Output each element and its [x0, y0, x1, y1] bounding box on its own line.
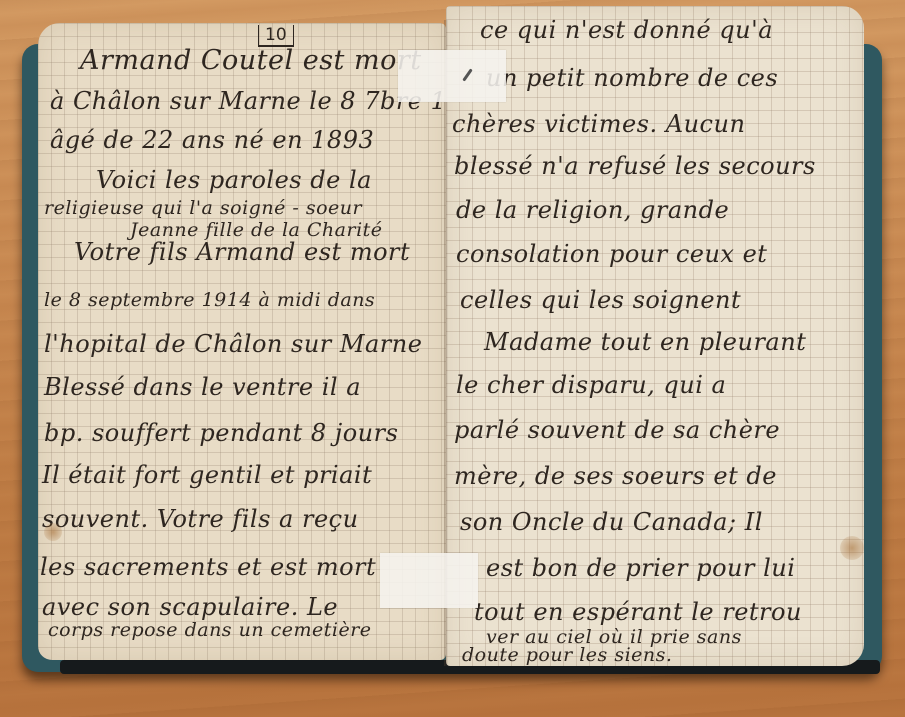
- right-page: ce qui n'est donné qu'à un petit nombre …: [446, 6, 864, 666]
- paper-stain: [44, 523, 62, 541]
- text-line: son Oncle du Canada; Il: [460, 508, 763, 536]
- text-line: corps repose dans un cemetière: [48, 619, 372, 641]
- text-line: parlé souvent de sa chère: [454, 416, 780, 444]
- tape-strip-top: [398, 50, 506, 102]
- text-line: de la religion, grande: [456, 196, 729, 224]
- text-line: Armand Coutel est mort: [80, 45, 422, 76]
- text-line: Il était fort gentil et priait: [42, 461, 372, 489]
- paper-stain: [840, 536, 864, 560]
- text-line: est bon de prier pour lui: [486, 554, 795, 582]
- text-line: bp. souffert pendant 8 jours: [44, 419, 398, 447]
- text-line: blessé n'a refusé les secours: [454, 152, 816, 180]
- text-line: Voici les paroles de la: [96, 166, 372, 194]
- text-line: Madame tout en pleurant: [484, 328, 806, 356]
- text-line: ce qui n'est donné qu'à: [480, 16, 773, 44]
- text-line: religieuse qui l'a soigné - soeur: [44, 197, 362, 219]
- text-line: le 8 septembre 1914 à midi dans: [44, 289, 375, 311]
- text-line: un petit nombre de ces: [486, 64, 778, 92]
- text-line: tout en espérant le retrou: [474, 598, 802, 626]
- text-line: avec son scapulaire. Le: [42, 593, 338, 621]
- text-line: Votre fils Armand est mort: [74, 238, 410, 266]
- text-line: souvent. Votre fils a reçu: [42, 505, 359, 533]
- text-line: mère, de ses soeurs et de: [454, 462, 777, 490]
- tape-strip-bottom: [380, 553, 478, 608]
- text-line: âgé de 22 ans né en 1893: [50, 126, 374, 154]
- text-line: le cher disparu, qui a: [456, 371, 726, 399]
- text-line: l'hopital de Châlon sur Marne: [44, 330, 422, 358]
- text-line: chères victimes. Aucun: [452, 110, 745, 138]
- text-line: consolation pour ceux et: [456, 240, 767, 268]
- text-line: doute pour les siens.: [462, 644, 672, 666]
- text-line: Blessé dans le ventre il a: [44, 373, 361, 401]
- text-line: celles qui les soignent: [460, 286, 741, 314]
- text-line: les sacrements et est mort: [40, 553, 376, 581]
- page-number-label: 10: [258, 25, 294, 47]
